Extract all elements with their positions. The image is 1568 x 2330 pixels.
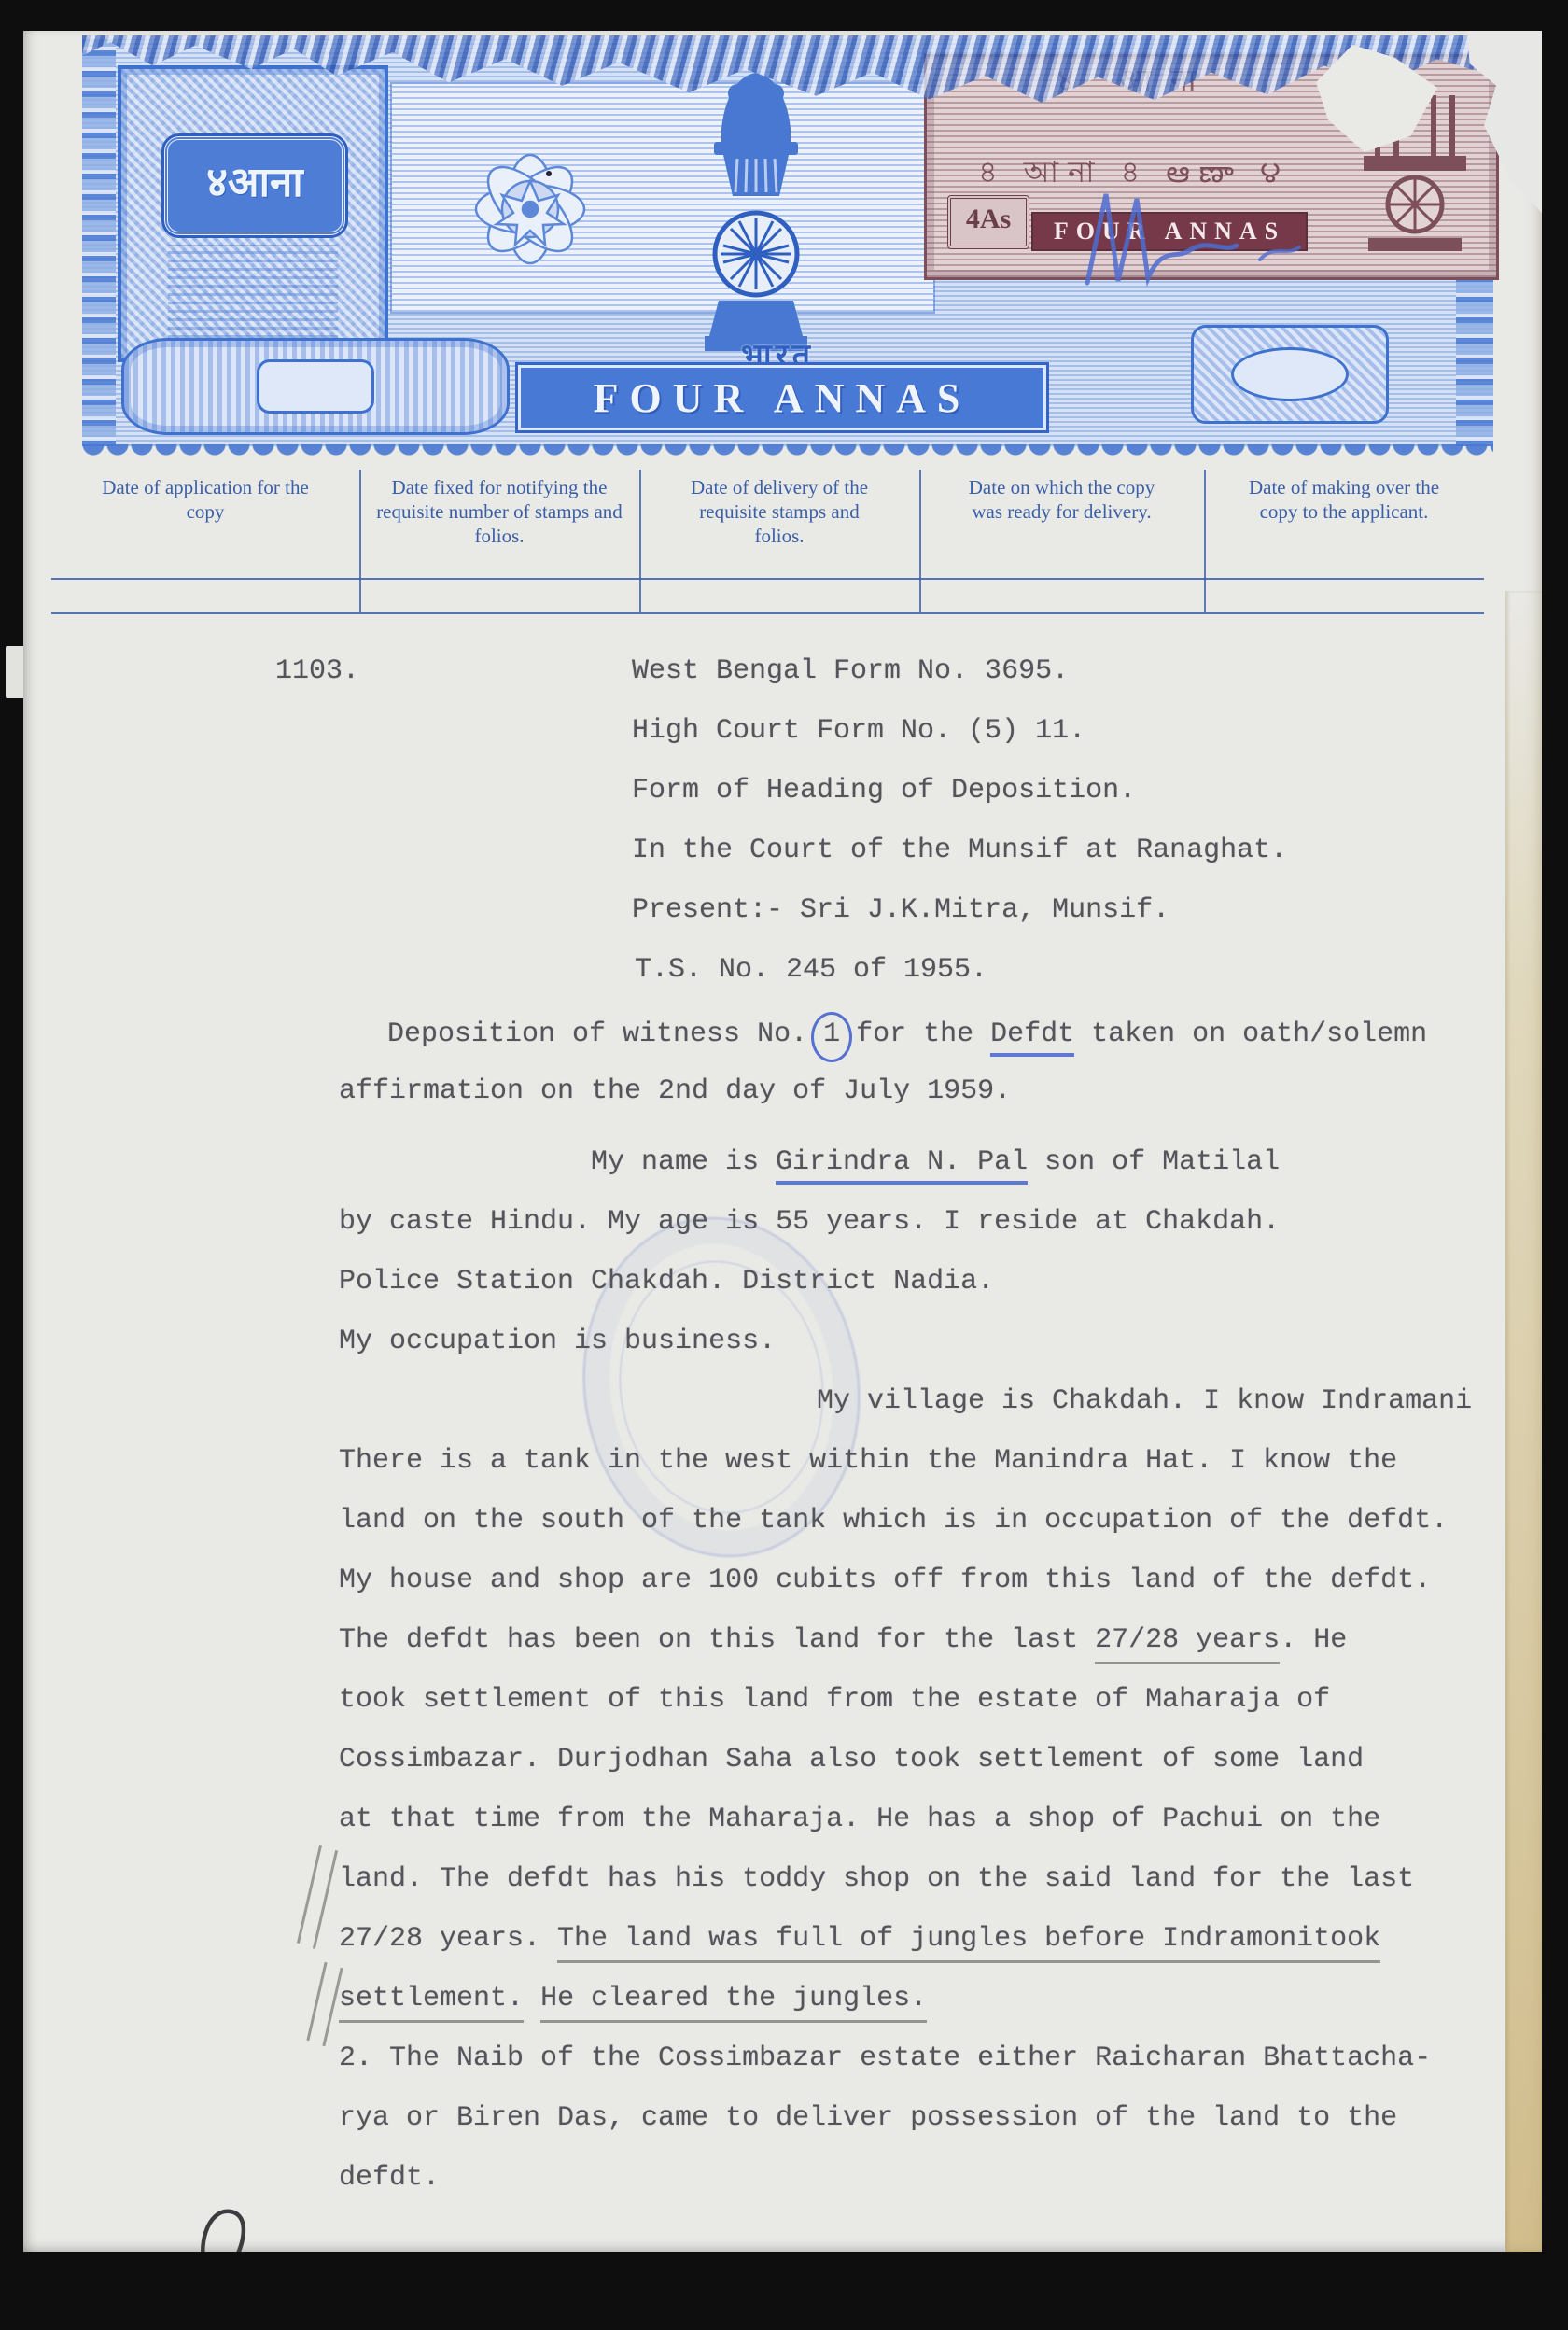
typed-line: settlement. He cleared the jungles. bbox=[339, 1981, 927, 2016]
ink-speck bbox=[546, 171, 552, 176]
typed-line: My house and shop are 100 cubits off fro… bbox=[339, 1563, 1431, 1598]
typed-line: took settlement of this land from the es… bbox=[339, 1682, 1330, 1718]
pencil-underline-annotation: 27/28 years bbox=[1095, 1624, 1280, 1664]
typed-line: land. The defdt has his toddy shop on th… bbox=[339, 1861, 1414, 1897]
typed-line: T.S. No. 245 of 1955. bbox=[635, 952, 987, 988]
pen-underline-annotation: Defdt bbox=[990, 1018, 1074, 1057]
typed-line: Form of Heading of Deposition. bbox=[632, 773, 1136, 808]
signature-mark bbox=[182, 2197, 359, 2252]
typed-text-layer: 1103.West Bengal Form No. 3695.High Cour… bbox=[23, 31, 1542, 2252]
typed-line: affirmation on the 2nd day of July 1959. bbox=[339, 1074, 1011, 1109]
typed-line: Deposition of witness No.1for the Defdt … bbox=[387, 1012, 1427, 1062]
typed-line: There is a tank in the west within the M… bbox=[339, 1443, 1397, 1479]
typed-line: defdt. bbox=[339, 2160, 440, 2196]
typed-line: West Bengal Form No. 3695. bbox=[632, 653, 1069, 689]
stamp-paper-page: ४आना bbox=[23, 31, 1542, 2252]
pen-underline-annotation: Girindra N. Pal bbox=[776, 1146, 1028, 1185]
scanned-document: ४आना bbox=[0, 0, 1568, 2330]
pencil-underline-annotation: The land was full of jungles before Indr… bbox=[557, 1923, 1380, 1963]
typed-line: High Court Form No. (5) 11. bbox=[632, 713, 1085, 749]
typed-line: Police Station Chakdah. District Nadia. bbox=[339, 1264, 994, 1299]
typed-line: The defdt has been on this land for the … bbox=[339, 1622, 1347, 1658]
pen-circle-annotation: 1 bbox=[811, 1012, 852, 1062]
typed-line: My occupation is business. bbox=[339, 1324, 776, 1359]
typed-line: 27/28 years. The land was full of jungle… bbox=[339, 1921, 1380, 1957]
pen-scribble bbox=[1036, 171, 1344, 311]
typed-line: My name is Girindra N. Pal son of Matila… bbox=[591, 1144, 1280, 1180]
pencil-underline-annotation: He cleared the jungles. bbox=[540, 1983, 927, 2023]
typed-line: In the Court of the Munsif at Ranaghat. bbox=[632, 833, 1287, 868]
pencil-underline-annotation: settlement. bbox=[339, 1983, 524, 2023]
typed-line: land on the south of the tank which is i… bbox=[339, 1503, 1448, 1538]
typed-line: by caste Hindu. My age is 55 years. I re… bbox=[339, 1204, 1280, 1240]
typed-line: Present:- Sri J.K.Mitra, Munsif. bbox=[632, 892, 1169, 928]
typed-line: 2. The Naib of the Cossimbazar estate ei… bbox=[339, 2041, 1431, 2076]
typed-line: at that time from the Maharaja. He has a… bbox=[339, 1802, 1380, 1837]
typed-line: rya or Biren Das, came to deliver posses… bbox=[339, 2100, 1397, 2136]
typed-line: 1103. bbox=[275, 653, 359, 689]
typed-line: Cossimbazar. Durjodhan Saha also took se… bbox=[339, 1742, 1364, 1777]
typed-line: My village is Chakdah. I know Indramani bbox=[817, 1383, 1472, 1419]
